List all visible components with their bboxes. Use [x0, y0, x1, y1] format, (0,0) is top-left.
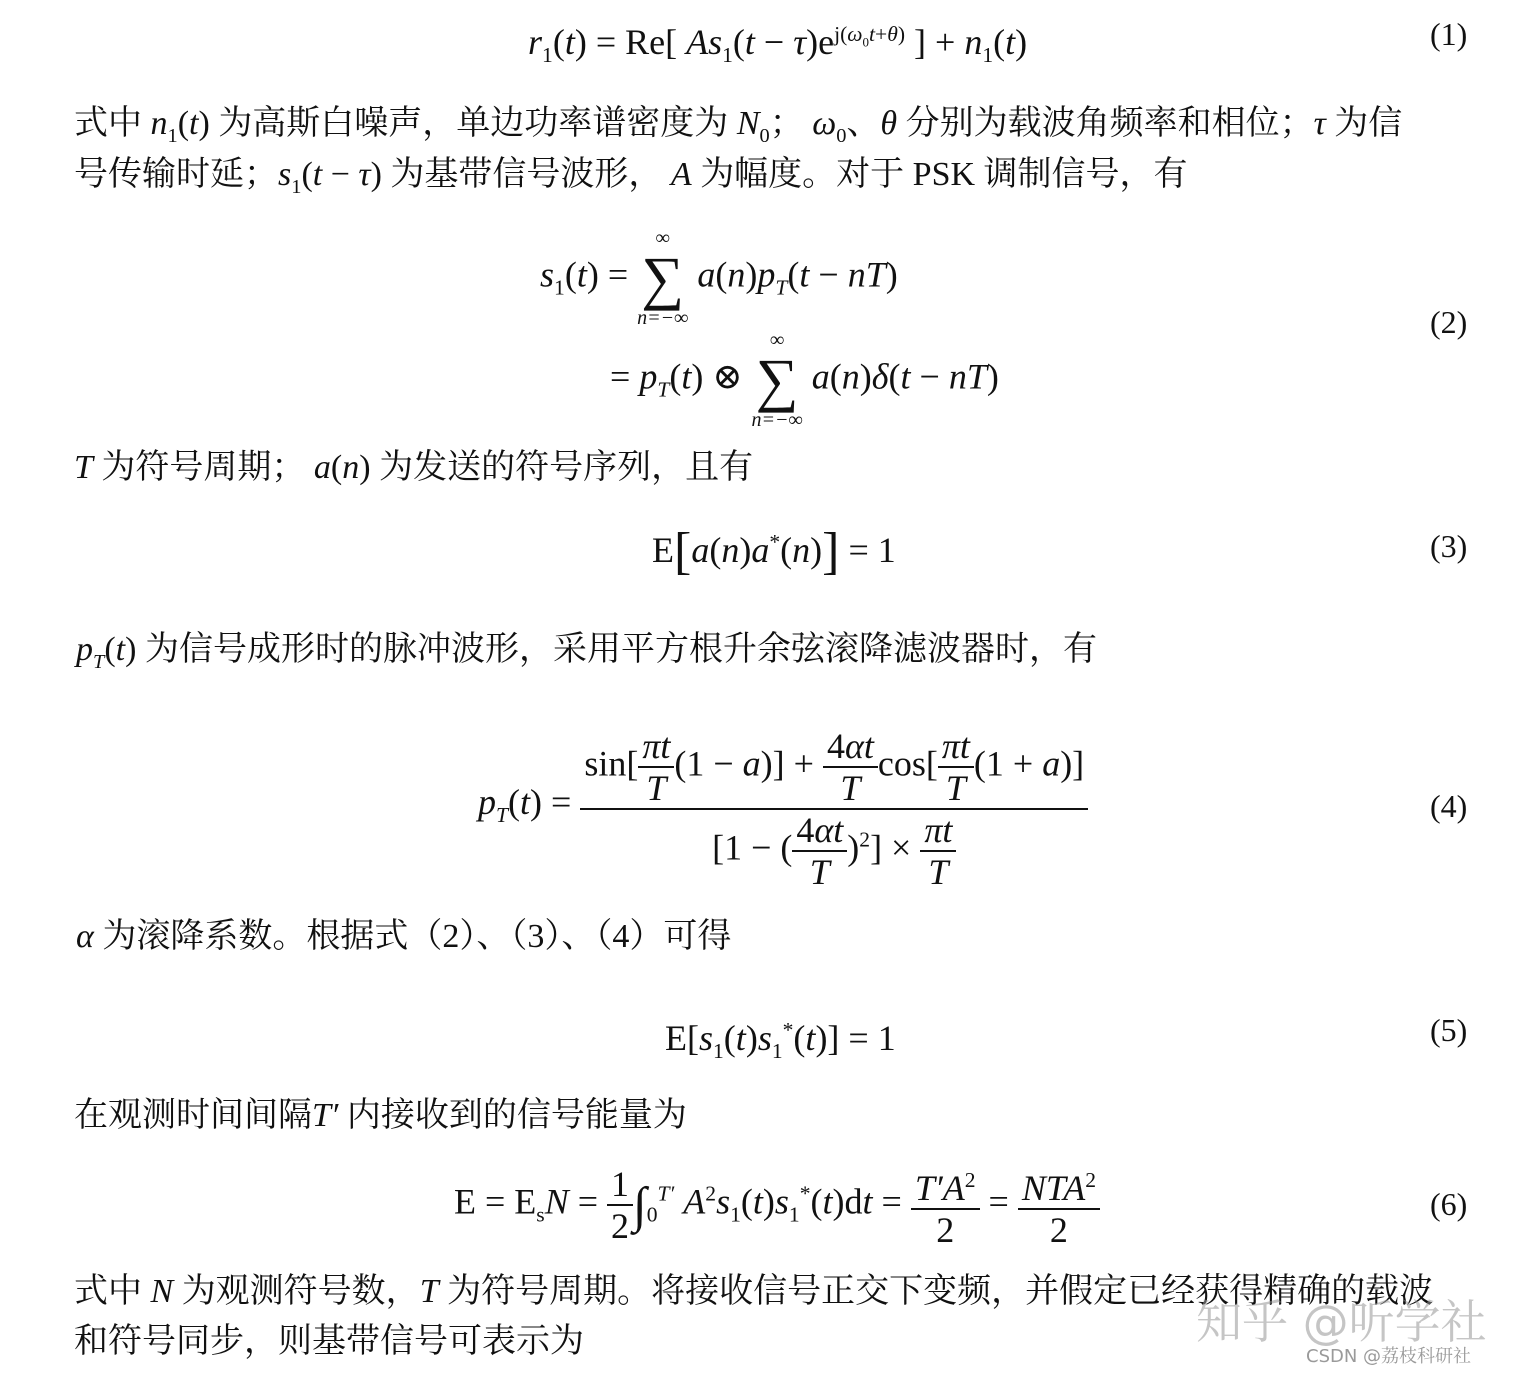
equation-number-3: (3) [1430, 526, 1467, 566]
equation-2-line-2: = pT(t) ⊗ ∞∑n=−∞ a(n)δ(t − nT) [610, 330, 999, 430]
paragraph-1-line-2: 号传输时延；s1(t − τ) 为基带信号波形， A 为幅度。对于 PSK 调制… [74, 155, 1188, 207]
equation-number-5: (5) [1430, 1010, 1467, 1050]
equation-3: E[a(n)a*(n)] = 1 [652, 522, 896, 572]
equation-number-4: (4) [1430, 786, 1467, 826]
paragraph-2: T 为符号周期； a(n) 为发送的符号序列，且有 [74, 448, 753, 488]
equation-6: E = EsN = 12∫0T′ A2s1(t)s1*(t)dt = T′A22… [454, 1160, 1100, 1250]
equation-1: r1(t) = Re[ As1(t − τ)ej(ω0t+θ) ] + n1(t… [528, 14, 1027, 75]
equation-2-line-1: s1(t) = ∞∑n=−∞ a(n)pT(t − nT) [540, 228, 898, 328]
paragraph-5: 在观测时间间隔T′ 内接收到的信号能量为 [74, 1096, 687, 1136]
equation-number-6: (6) [1430, 1184, 1467, 1224]
equation-number-1: (1) [1430, 14, 1467, 54]
paragraph-1-line-1: 式中 n1(t) 为高斯白噪声，单边功率谱密度为 N0； ω0、θ 分别为载波角… [74, 104, 1402, 156]
csdn-watermark: CSDN @荔枝科研社 [1306, 1342, 1471, 1368]
equation-number-2: (2) [1430, 302, 1467, 342]
equation-5: E[s1(t)s1*(t)] = 1 [665, 1010, 896, 1071]
paragraph-4: α 为滚降系数。根据式（2）、（3）、（4）可得 [76, 917, 731, 957]
equation-4: pT(t) = sin[πtT(1 − a)] + 4αtTcos[πtT(1 … [478, 726, 1088, 892]
paragraph-6-line-2: 和符号同步，则基带信号可表示为 [74, 1322, 584, 1362]
paragraph-3: pT(t) 为信号成形时的脉冲波形，采用平方根升余弦滚降滤波器时，有 [76, 630, 1097, 682]
